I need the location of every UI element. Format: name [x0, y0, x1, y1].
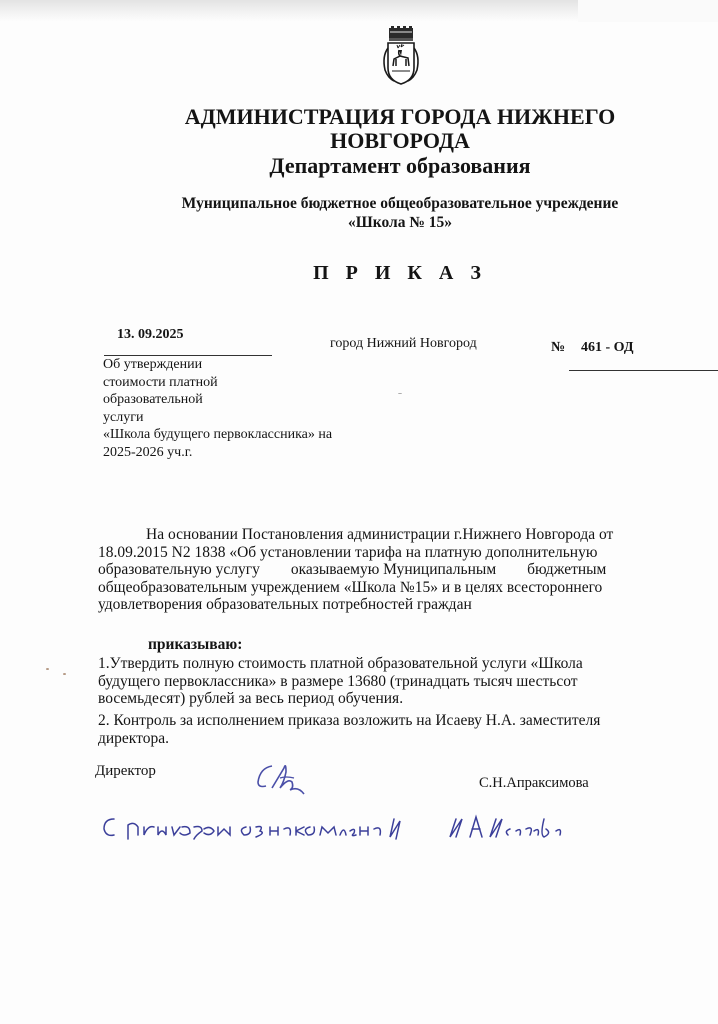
institution-name-line2: «Школа № 15» [110, 213, 690, 233]
document-date: 13. 09.2025 [117, 327, 184, 343]
number-underline [569, 370, 718, 371]
document-type-title: П Р И К А З [300, 262, 500, 285]
number-sign: № [551, 340, 565, 356]
item-line: восемьдесят) рублей за весь период обуче… [98, 690, 672, 708]
order-item-1: 1.Утвердить полную стоимость платной обр… [98, 655, 672, 708]
preamble-line: образовательную услугу оказываемую Муниц… [98, 561, 672, 579]
department-title: Департамент образования [120, 153, 680, 179]
subject-line: «Школа будущего первоклассника» на [103, 426, 332, 444]
preamble-paragraph: На основании Постановления администрации… [98, 526, 672, 614]
scan-speck [63, 673, 66, 675]
item-line: директора. [98, 730, 672, 748]
order-item-2: 2. Контроль за исполнением приказа возло… [98, 712, 672, 747]
handwritten-signature-icon [250, 758, 340, 798]
coat-of-arms-icon [380, 26, 422, 88]
preamble-line: 18.09.2015 N2 1838 «Об установлении тари… [98, 544, 672, 562]
subject-line: услуги [103, 409, 332, 427]
subject-line: 2025-2026 уч.г. [103, 444, 332, 462]
institution-name-line1: Муниципальное бюджетное общеобразователь… [110, 194, 690, 214]
signatory-name: С.Н.Апраксимова [479, 775, 589, 792]
scan-edge [578, 0, 718, 22]
item-line: будущего первоклассника» в размере 13680… [98, 673, 672, 691]
subject-line: образовательной [103, 391, 332, 409]
scan-speck [398, 393, 402, 394]
subject-line: Об утверждении [103, 356, 332, 374]
administration-title-line2: НОВГОРОДА [120, 128, 680, 154]
preamble-line: общеобразовательным учреждением «Школа №… [98, 579, 672, 597]
preamble-line: На основании Постановления администрации… [98, 526, 672, 544]
item-line: 2. Контроль за исполнением приказа возло… [98, 712, 672, 730]
order-word: приказываю: [148, 636, 348, 654]
document-number: 461 - ОД [581, 340, 634, 356]
item-line: 1.Утвердить полную стоимость платной обр… [98, 655, 672, 673]
signatory-position: Директор [95, 763, 156, 780]
document-city: город Нижний Новгород [330, 336, 477, 352]
order-subject: Об утверждении стоимости платной образов… [103, 356, 332, 461]
subject-line: стоимости платной [103, 374, 332, 392]
administration-title-line1: АДМИНИСТРАЦИЯ ГОРОДА НИЖНЕГО [120, 104, 680, 130]
handwritten-acknowledgement [98, 805, 618, 845]
scan-speck [46, 668, 49, 670]
preamble-line: удовлетворения образовательных потребнос… [98, 596, 672, 614]
